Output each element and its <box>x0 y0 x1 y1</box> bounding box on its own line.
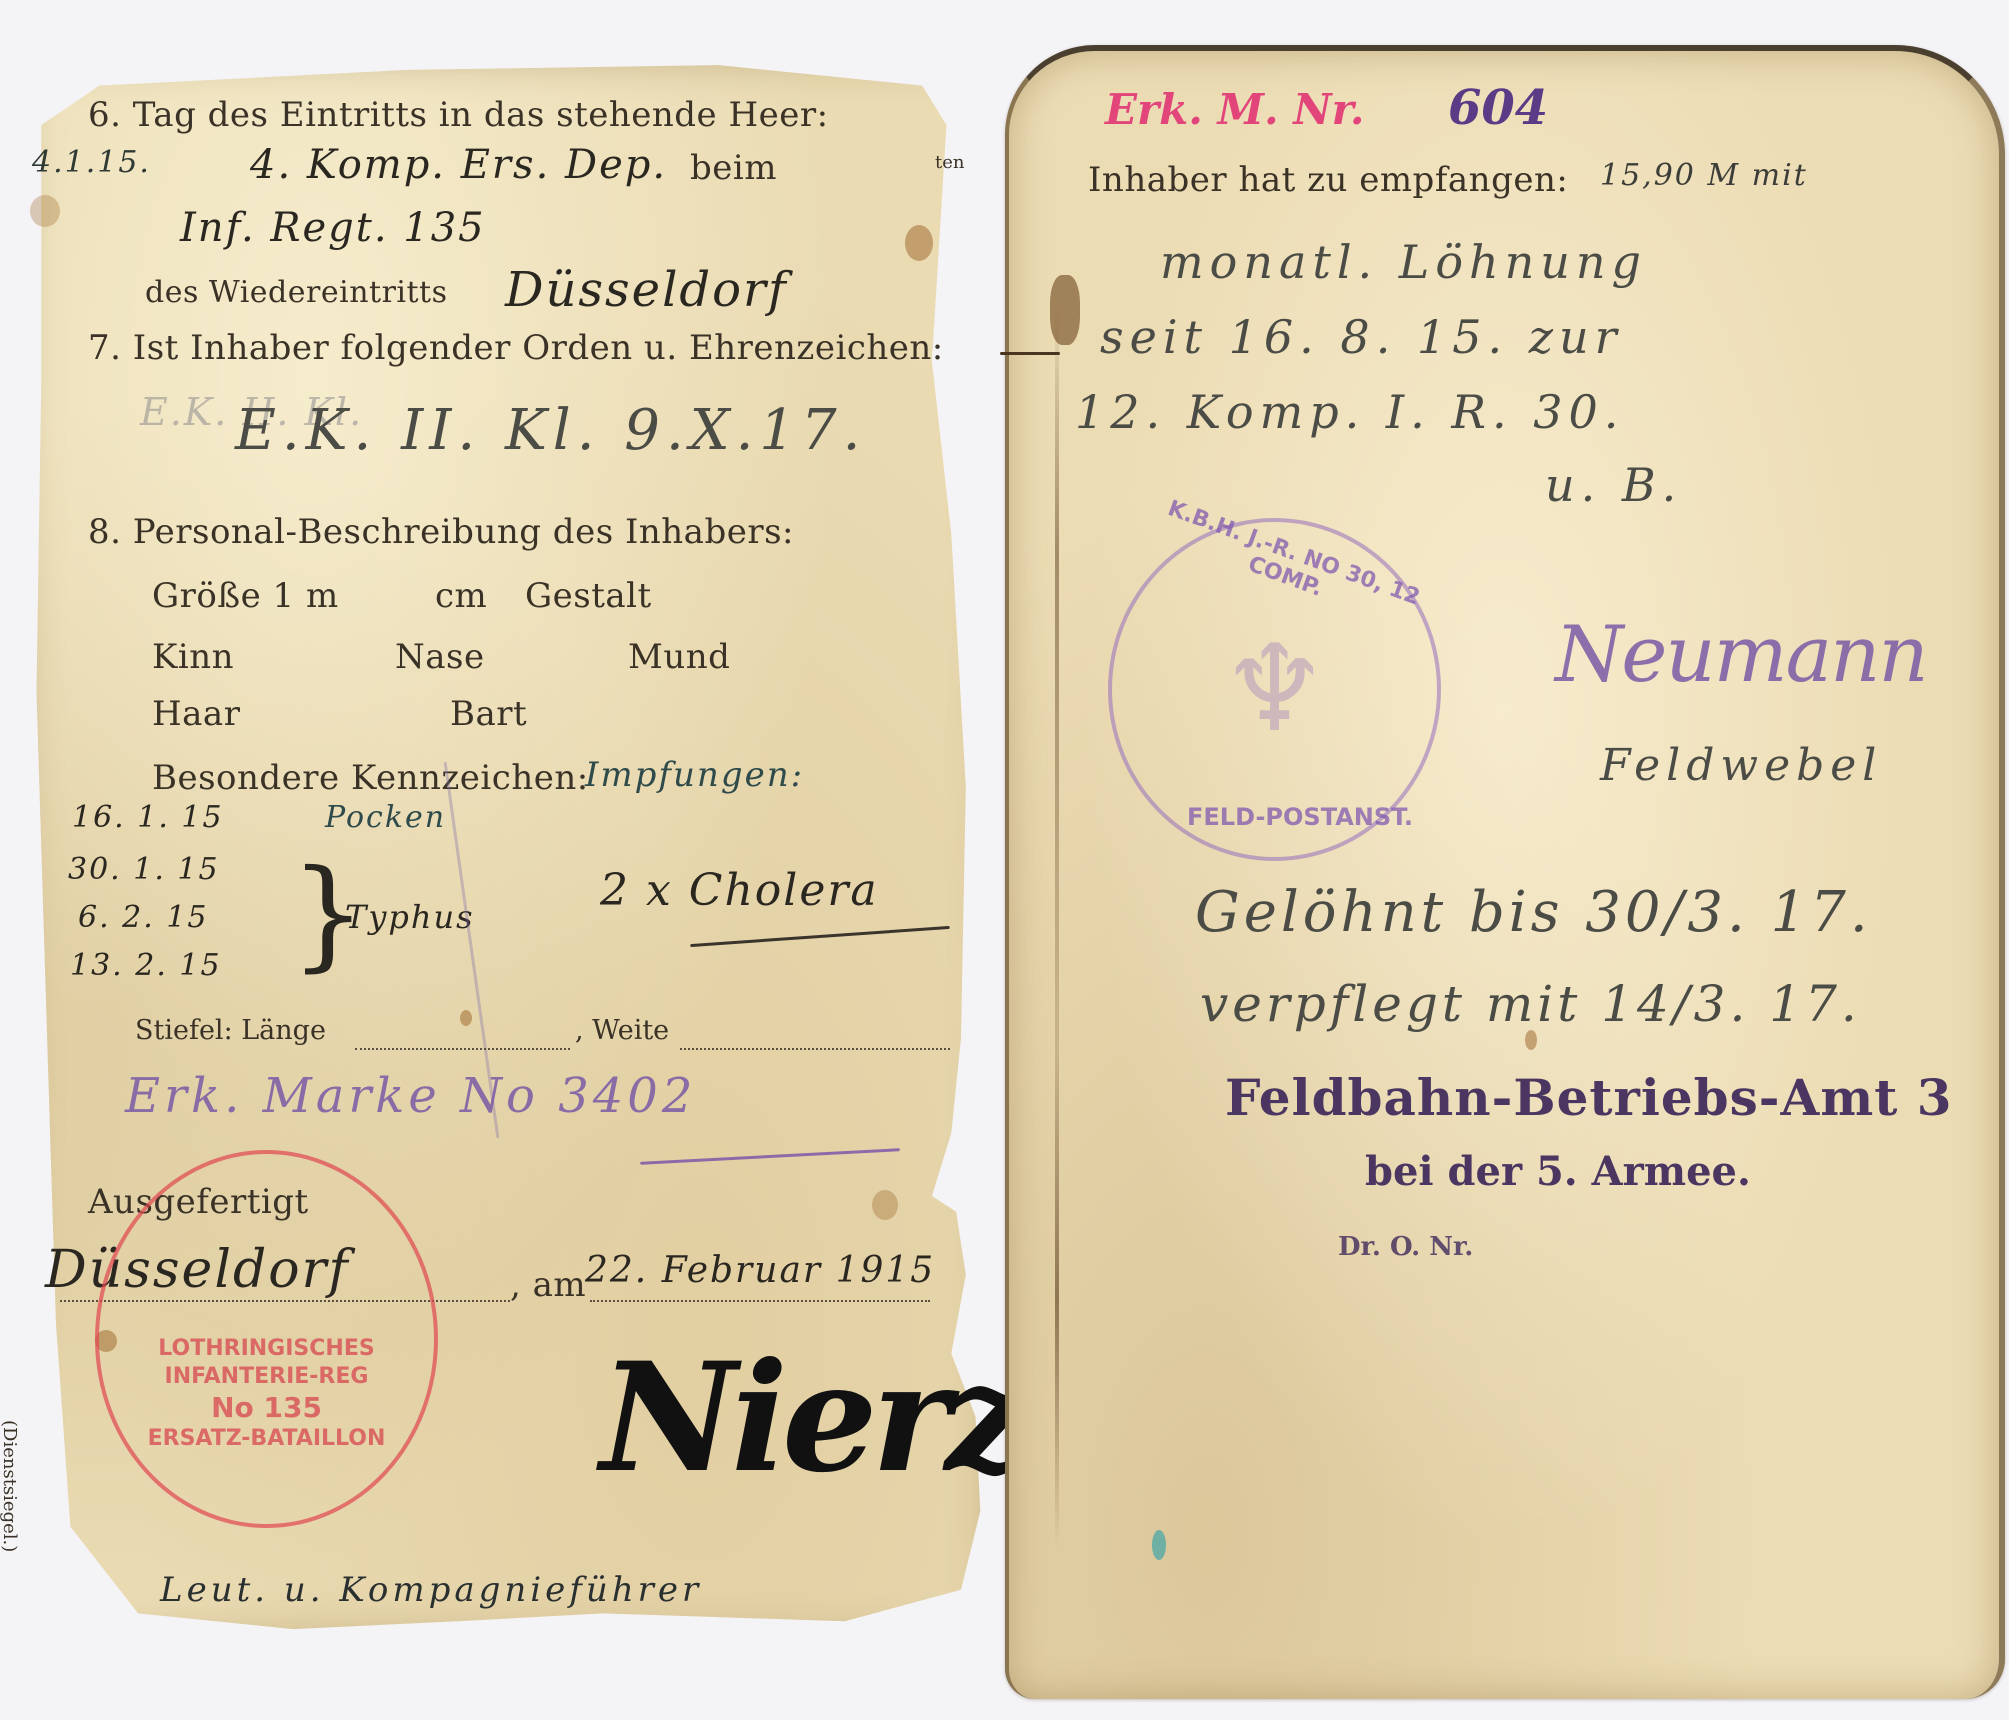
right-page <box>1005 45 2005 1699</box>
reentry-label: des Wiedereintritts <box>145 275 448 310</box>
section8-number: 8. <box>88 512 121 552</box>
section7-number: 7. <box>88 328 121 368</box>
decoration-entry: E.K. II. Kl. 9.X.17. <box>235 398 866 463</box>
boots-width-label: , Weite <box>575 1015 669 1046</box>
vaccination-date-1: 16. 1. 15 <box>72 800 224 835</box>
officer-signature: Nierz <box>600 1330 1024 1506</box>
binding-thread-end <box>1000 352 1060 355</box>
seal-line-1: LOTHRINGISCHES <box>148 1335 386 1363</box>
vaccination-date-3: 6. 2. 15 <box>78 900 209 935</box>
beim-label: beim <box>690 148 777 188</box>
id-tag-note: Erk. Marke No 3402 <box>125 1068 696 1124</box>
rust-stain <box>872 1190 898 1220</box>
binding-thread <box>1055 300 1059 1550</box>
footer-note: Leut. u. Kompagnieführer <box>160 1570 702 1610</box>
cholera-note: 2 x Cholera <box>600 865 879 916</box>
seal-side-label: (Dienstsiegel.) <box>0 1420 20 1552</box>
section6-label: Tag des Eintritts in das stehende Heer: <box>133 95 829 135</box>
vaccination-date-2: 30. 1. 15 <box>68 852 220 887</box>
haar-label: Haar <box>152 694 240 734</box>
paid-until: Gelöhnt bis 30/3. 17. <box>1195 880 1872 945</box>
office-stamp-line-1: Feldbahn-Betriebs-Amt 3 <box>1225 1068 1953 1127</box>
red-regiment-seal: LOTHRINGISCHES INFANTERIE-REG No 135 ERS… <box>95 1150 438 1528</box>
reentry-place: Düsseldorf <box>505 262 788 318</box>
pay-amount: 15,90 M mit <box>1600 158 1808 193</box>
regiment: Inf. Regt. 135 <box>180 205 486 251</box>
rank: Feldwebel <box>1600 740 1882 791</box>
rust-stain <box>1525 1030 1537 1050</box>
issued-date: 22. Februar 1915 <box>585 1250 935 1291</box>
section8-heading: 8. Personal-Beschreibung des Inhabers: <box>88 512 794 552</box>
section6-number: 6. <box>88 95 121 135</box>
margin-fragment: ten <box>935 152 964 173</box>
ub-line: u. B. <box>1545 458 1682 512</box>
stamp-bottom-text: FELD-POSTANST. <box>1187 803 1413 831</box>
binding-hole-stain <box>1050 275 1080 345</box>
rust-stain <box>460 1010 472 1026</box>
entry-unit: 4. Komp. Ers. Dep. <box>250 142 667 188</box>
section7-heading: 7. Ist Inhaber folgender Orden u. Ehrenz… <box>88 328 944 368</box>
rations-until: verpflegt mit 14/3. 17. <box>1200 975 1861 1033</box>
typhus-label: Typhus <box>345 898 475 936</box>
unit-line: 12. Komp. I. R. 30. <box>1075 385 1624 439</box>
field-post-stamp: ♆ K.B.H. J.-R. NO 30, 12 COMP. FELD-POST… <box>1108 518 1441 861</box>
header-number-prefix: Erk. M. Nr. <box>1105 85 1365 134</box>
since-line: seit 16. 8. 15. zur <box>1100 310 1623 364</box>
rust-stain <box>905 225 933 261</box>
section7-label: Ist Inhaber folgender Orden u. Ehrenzeic… <box>133 328 944 368</box>
section8-label: Personal-Beschreibung des Inhabers: <box>133 512 794 552</box>
boots-width-field <box>680 1048 950 1050</box>
pay-line-2: monatl. Löhnung <box>1160 235 1647 289</box>
mund-label: Mund <box>628 637 730 677</box>
office-stamp-line-2: bei der 5. Armee. <box>1365 1148 1751 1195</box>
teal-ink-spot <box>1152 1530 1166 1560</box>
nase-label: Nase <box>395 637 485 677</box>
receive-label: Inhaber hat zu empfangen: <box>1088 160 1568 200</box>
seal-line-2: INFANTERIE-REG <box>148 1363 386 1391</box>
rust-stain <box>30 195 60 227</box>
violet-signature: Neumann <box>1555 610 1927 700</box>
eagle-icon: ♆ <box>1221 630 1329 750</box>
entry-date: 4.1.15. <box>32 145 151 180</box>
vaccination-date-4: 13. 2. 15 <box>70 948 222 983</box>
gestalt-label: Gestalt <box>525 576 652 616</box>
size-label: Größe 1 m <box>152 576 339 616</box>
special-marks-label: Besondere Kennzeichen: <box>152 758 589 798</box>
section6-heading: 6. Tag des Eintritts in das stehende Hee… <box>88 95 829 135</box>
boots-length-label: Stiefel: Länge <box>135 1015 326 1046</box>
special-marks-value: Impfungen: <box>585 755 804 795</box>
cm-label: cm <box>435 576 487 616</box>
boots-length-field <box>355 1048 570 1050</box>
am-label: , am <box>510 1265 586 1305</box>
office-stamp-line-3: Dr. O. Nr. <box>1338 1232 1473 1262</box>
issued-date-field <box>590 1300 930 1302</box>
seal-line-4: ERSATZ-BATAILLON <box>148 1425 386 1453</box>
bart-label: Bart <box>450 694 527 734</box>
vaccination-type-1: Pocken <box>325 800 446 835</box>
kinn-label: Kinn <box>152 637 234 677</box>
header-number: 604 <box>1448 80 1548 136</box>
seal-line-3: No 135 <box>148 1390 386 1425</box>
